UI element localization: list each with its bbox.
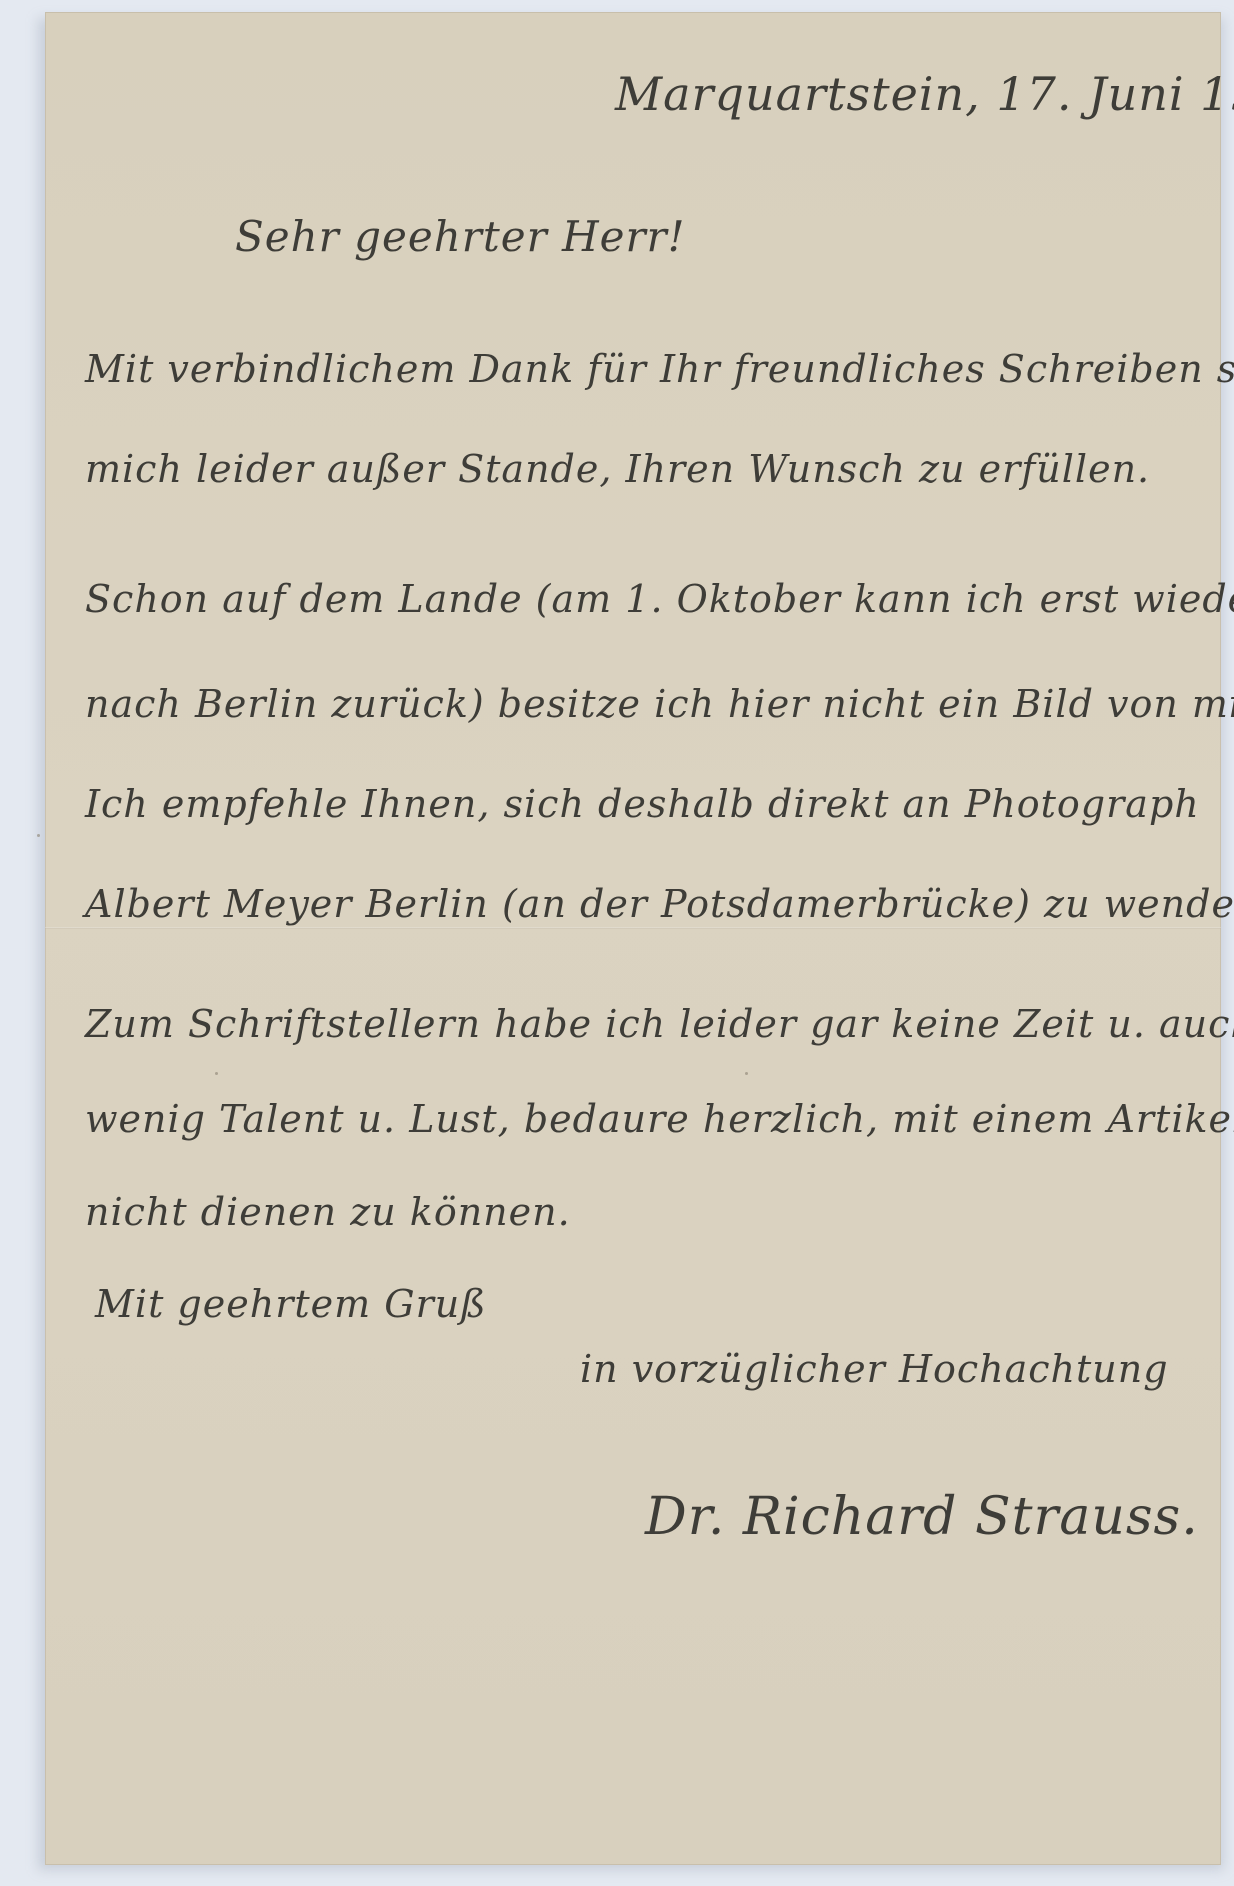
fold-crease	[45, 927, 1221, 929]
body-line: Mit verbindlichem Dank für Ihr freundlic…	[85, 347, 1234, 391]
paper-speck	[215, 1072, 218, 1075]
closing-regards: in vorzüglicher Hochachtung	[580, 1347, 1169, 1391]
paper-speck	[37, 834, 40, 837]
body-line: Zum Schriftstellern habe ich leider gar …	[85, 1002, 1234, 1046]
body-line: mich leider außer Stande, Ihren Wunsch z…	[85, 447, 1150, 491]
dateline: Marquartstein, 17. Juni 1906	[615, 67, 1234, 121]
body-line: nach Berlin zurück) besitze ich hier nic…	[85, 682, 1234, 726]
body-line: Schon auf dem Lande (am 1. Oktober kann …	[85, 577, 1234, 621]
body-line: Albert Meyer Berlin (an der Potsdamerbrü…	[85, 882, 1234, 926]
salutation: Sehr geehrter Herr!	[235, 212, 686, 261]
closing-greeting: Mit geehrtem Gruß	[95, 1282, 487, 1326]
paper-speck	[745, 1072, 748, 1075]
body-line: nicht dienen zu können.	[85, 1190, 571, 1234]
letter-sheet: Marquartstein, 17. Juni 1906 Sehr geehrt…	[45, 12, 1221, 1865]
body-line: Ich empfehle Ihnen, sich deshalb direkt …	[85, 782, 1200, 826]
body-line: wenig Talent u. Lust, bedaure herzlich, …	[85, 1097, 1234, 1141]
signature: Dr. Richard Strauss.	[645, 1487, 1199, 1547]
